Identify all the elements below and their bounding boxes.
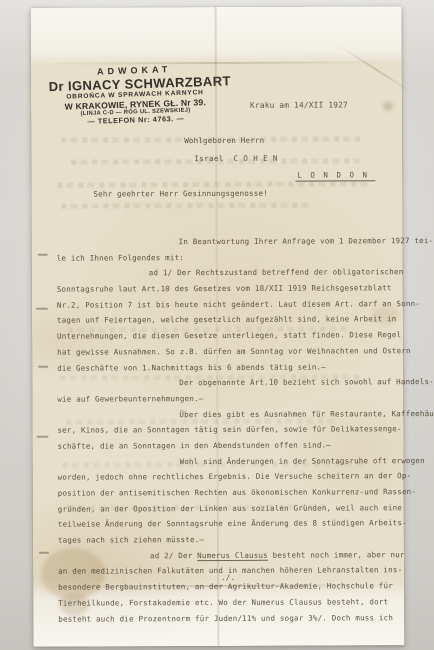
letter-body-line: Wohl sind Änderungen in der Sonntagsruhe…	[58, 456, 398, 473]
margin-mark	[38, 254, 48, 256]
letter-body-line: worden, jedoch ohne rechtliches Ergebnis…	[58, 472, 398, 489]
recipient-honorific: Wohlgeboren Herrn	[184, 136, 264, 145]
letter-body-line: Nr.2, Position 7 ist bis heute nicht geä…	[57, 299, 397, 316]
bleedthrough-text	[57, 181, 367, 187]
letter-body-line: Unternehmungen, die diesen Gesetze unter…	[57, 330, 397, 347]
letter-body-line: ad 1/ Der Rechtszustand betreffend der o…	[57, 268, 397, 285]
recipient-name: Israel C O H E N	[194, 154, 278, 163]
letterhead-stamp: ADWOKAT Dr IGNACY SCHWARZBART OBROŃCA W …	[48, 63, 222, 128]
greeting-line: Sehr geehrter Herr Gesinnungsgenosse!	[93, 189, 268, 199]
letter-body-line: le ich Ihnen Folgendes mit:	[57, 252, 397, 269]
letter-body-line: Der obgenannte Art.10 bezieht sich sowoh…	[57, 377, 397, 394]
letter-body: In Beantwortung Ihrer Anfrage vom 1 Deze…	[56, 209, 398, 630]
letter-body-line: Über dies gibt es Ausnahmen für Restaura…	[57, 409, 397, 426]
continuation-mark: ./.	[208, 573, 248, 582]
letter-body-line: position der antisemitischen Rechten aus…	[58, 487, 398, 504]
dateline: Kraku am 14/XII 1927	[250, 100, 348, 109]
letter-body-line: die Geschäfte von 1.Nachmittags bis 6 ab…	[57, 362, 397, 379]
letter-body-line: teilweise Änderung der Sonntagsruhe eine…	[58, 519, 398, 536]
letter-body-line: ad 2/ Der Numerus Clausus besteht noch i…	[58, 550, 398, 567]
margin-mark	[38, 366, 48, 368]
margin-mark	[36, 308, 48, 310]
letter-body-line: ser, Kinos, die an Sonntagen tätig sein …	[57, 424, 397, 441]
recipient-city: L O N D O N	[295, 170, 375, 181]
letter-body-line: tagen unf Feiertagen, welche gesetzlich …	[57, 315, 397, 332]
letter-body-line: besteht auch die Prozentnorm für Juden/1…	[58, 613, 398, 630]
letter-body-line: Sonntagsruhe laut Art.10 des Gesetzes vo…	[57, 283, 397, 300]
letter-body-line: tages nach sich ziehen müsste.—	[58, 534, 398, 551]
letter-body-line: besondere Bergbauinstituten, an der Agri…	[58, 581, 398, 598]
letter-body-line: In Beantwortung Ihrer Anfrage vom 1 Deze…	[57, 236, 397, 253]
letter-body-line: wie auf Gewerbeunternehmungen.—	[57, 393, 397, 410]
letter-body-line: schäfte, die an Sonntagen in den Abendst…	[58, 440, 398, 457]
photo-background: ADWOKAT Dr IGNACY SCHWARZBART OBROŃCA W …	[0, 0, 434, 650]
bleedthrough-text	[61, 203, 311, 209]
margin-mark	[39, 552, 49, 554]
paper-speck	[383, 102, 393, 110]
corner-crease	[338, 44, 415, 94]
letter-body-line: gründen, an der Oposition der Linken aus…	[58, 503, 398, 520]
letter-body-line: Tierheilkunde, Forstakademie etc. Wo der…	[58, 597, 398, 614]
letter-paper: ADWOKAT Dr IGNACY SCHWARZBART OBROŃCA W …	[31, 6, 405, 647]
margin-mark	[36, 436, 48, 438]
letter-body-line: hat gewisse Ausnahmen. So z.B. dürfen am…	[57, 346, 397, 363]
